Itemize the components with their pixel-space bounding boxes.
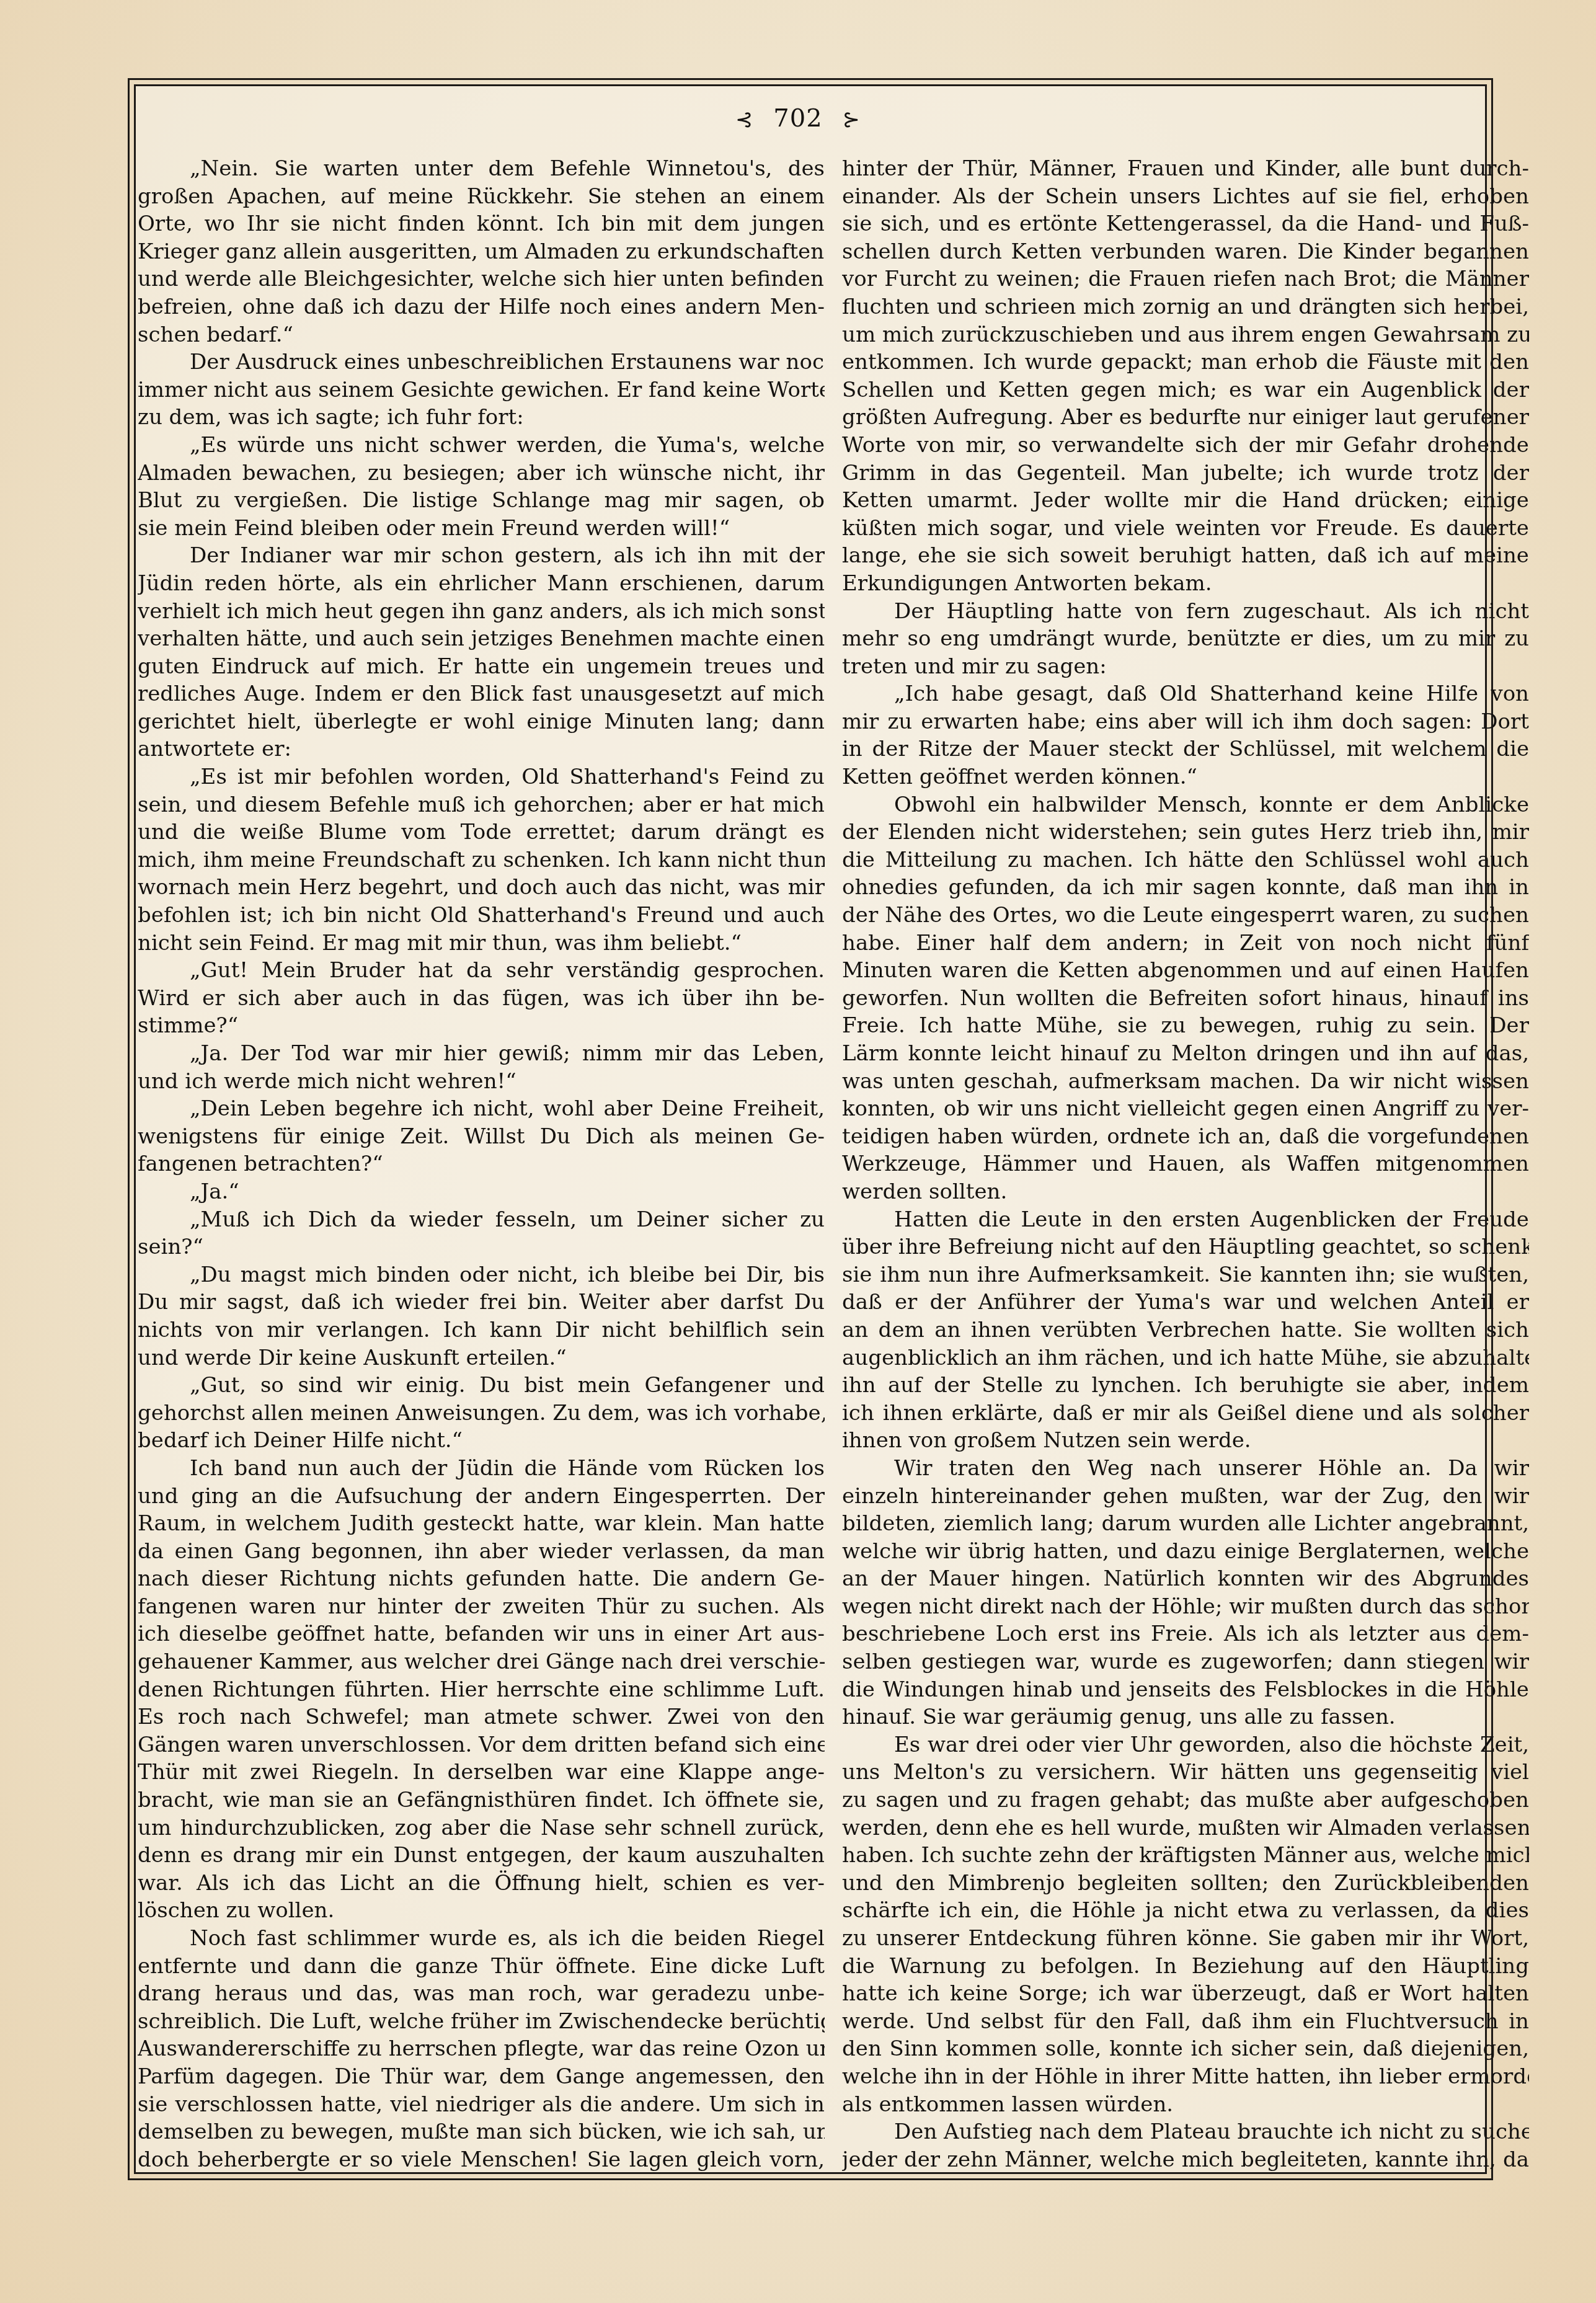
text-line: nichts von mir verlangen. Ich kann Dir n… bbox=[138, 1316, 825, 1344]
text-column-left: „Nein. Sie warten unter dem Befehle Winn… bbox=[138, 155, 825, 2173]
text-line: ihnen von großem Nutzen sein werde. bbox=[842, 1427, 1529, 1455]
text-line: guten Eindruck auf mich. Er hatte ein un… bbox=[138, 653, 825, 681]
text-line: werden sollten. bbox=[842, 1178, 1529, 1206]
text-line: denen Richtungen führten. Hier herrschte… bbox=[138, 1676, 825, 1704]
text-line: „Du magst mich binden oder nicht, ich bl… bbox=[138, 1261, 825, 1289]
text-line: Erkundigungen Antworten bekam. bbox=[842, 570, 1529, 598]
text-line: Blut zu vergießen. Die listige Schlange … bbox=[138, 487, 825, 515]
text-line: Almaden bewachen, zu besiegen; aber ich … bbox=[138, 459, 825, 487]
text-line: drang heraus und das, was man roch, war … bbox=[138, 1980, 825, 2008]
text-line: mir zu erwarten habe; eins aber will ich… bbox=[842, 708, 1529, 736]
text-line: Krieger ganz allein ausgeritten, um Alma… bbox=[138, 238, 825, 266]
text-line: hinauf. Sie war geräumig genug, uns alle… bbox=[842, 1703, 1529, 1731]
text-line: beschriebene Loch erst ins Freie. Als ic… bbox=[842, 1620, 1529, 1648]
text-line: was unten geschah, aufmerksam machen. Da… bbox=[842, 1068, 1529, 1096]
text-line: und ich werde mich nicht wehren!“ bbox=[138, 1068, 825, 1096]
text-line: wornach mein Herz begehrt, und doch auch… bbox=[138, 874, 825, 902]
text-line: doch beherbergte er so viele Menschen! S… bbox=[138, 2146, 825, 2174]
text-line: werden, denn ehe es hell wurde, mußten w… bbox=[842, 1814, 1529, 1842]
text-line: ihn auf der Stelle zu lynchen. Ich beruh… bbox=[842, 1372, 1529, 1400]
text-line: treten und mir zu sagen: bbox=[842, 653, 1529, 681]
text-line: Grimm in das Gegenteil. Man jubelte; ich… bbox=[842, 459, 1529, 487]
text-line: zu unserer Entdeckung führen könne. Sie … bbox=[842, 1925, 1529, 1953]
text-line: Jüdin reden hörte, als ein ehrlicher Man… bbox=[138, 570, 825, 598]
text-line: Orte, wo Ihr sie nicht finden könnt. Ich… bbox=[138, 210, 825, 238]
text-line: denn es drang mir ein Dunst entgegen, de… bbox=[138, 1842, 825, 1870]
text-line: hinter der Thür, Männer, Frauen und Kind… bbox=[842, 155, 1529, 183]
text-line: schellen durch Ketten verbunden waren. D… bbox=[842, 238, 1529, 266]
text-line: Auswandererschiffe zu herrschen pflegte,… bbox=[138, 2035, 825, 2063]
page-number: 702 bbox=[773, 104, 822, 133]
text-line: verhielt ich mich heut gegen ihn ganz an… bbox=[138, 598, 825, 626]
text-line: Freie. Ich hatte Mühe, sie zu bewegen, r… bbox=[842, 1012, 1529, 1040]
text-line: Der Häuptling hatte von fern zugeschaut.… bbox=[842, 598, 1529, 626]
text-line: Es roch nach Schwefel; man atmete schwer… bbox=[138, 1703, 825, 1731]
text-line: Wird er sich aber auch in das fügen, was… bbox=[138, 985, 825, 1013]
text-line: „Es würde uns nicht schwer werden, die Y… bbox=[138, 432, 825, 459]
text-line: der Elenden nicht widerstehen; sein gute… bbox=[842, 819, 1529, 846]
text-line: und werde alle Bleichgesichter, welche s… bbox=[138, 265, 825, 293]
text-line: sie sich, und es ertönte Kettengerassel,… bbox=[842, 210, 1529, 238]
text-line: um mich zurückzuschieben und aus ihrem e… bbox=[842, 321, 1529, 349]
text-line: Lärm konnte leicht hinauf zu Melton drin… bbox=[842, 1040, 1529, 1068]
text-column-right: hinter der Thür, Männer, Frauen und Kind… bbox=[842, 155, 1529, 2173]
text-line: den Sinn kommen solle, konnte ich sicher… bbox=[842, 2035, 1529, 2063]
text-line: Schellen und Ketten gegen mich; es war e… bbox=[842, 376, 1529, 404]
text-line: haben. Ich suchte zehn der kräftigsten M… bbox=[842, 1842, 1529, 1870]
text-line: hatte ich keine Sorge; ich war überzeugt… bbox=[842, 1980, 1529, 2008]
text-line: zu dem, was ich sagte; ich fuhr fort: bbox=[138, 404, 825, 432]
text-line: gehauener Kammer, aus welcher drei Gänge… bbox=[138, 1648, 825, 1676]
text-line: Obwohl ein halbwilder Mensch, konnte er … bbox=[842, 791, 1529, 819]
text-line: großen Apachen, auf meine Rückkehr. Sie … bbox=[138, 183, 825, 211]
text-line: größten Aufregung. Aber es bedurfte nur … bbox=[842, 404, 1529, 432]
text-line: nicht sein Feind. Er mag mit mir thun, w… bbox=[138, 930, 825, 957]
text-line: Ich band nun auch der Jüdin die Hände vo… bbox=[138, 1455, 825, 1483]
text-line: der Nähe des Ortes, wo die Leute eingesp… bbox=[842, 902, 1529, 930]
text-line: bildeten, ziemlich lang; darum wurden al… bbox=[842, 1510, 1529, 1538]
text-line: lange, ehe sie sich soweit beruhigt hatt… bbox=[842, 542, 1529, 570]
text-line: sein, und diesem Befehle muß ich gehorch… bbox=[138, 791, 825, 819]
text-line: die Warnung zu befolgen. In Beziehung au… bbox=[842, 1953, 1529, 1981]
text-line: und ging an die Aufsuchung der andern Ei… bbox=[138, 1483, 825, 1511]
text-line: schen bedarf.“ bbox=[138, 321, 825, 349]
text-line: immer nicht aus seinem Gesichte gewichen… bbox=[138, 376, 825, 404]
text-line: fangenen waren nur hinter der zweiten Th… bbox=[138, 1593, 825, 1621]
text-line: schreiblich. Die Luft, welche früher im … bbox=[138, 2008, 825, 2036]
text-line: die Mitteilung zu machen. Ich hätte den … bbox=[842, 846, 1529, 874]
text-line: da einen Gang begonnen, ihn aber wieder … bbox=[138, 1538, 825, 1566]
page-header: ⊰ 702 ⊱ bbox=[0, 104, 1596, 133]
text-line: Thür mit zwei Riegeln. In derselben war … bbox=[138, 1759, 825, 1786]
text-line: zu sagen und zu fragen gehabt; das mußte… bbox=[842, 1786, 1529, 1814]
text-line: „Gut! Mein Bruder hat da sehr verständig… bbox=[138, 957, 825, 985]
text-line: an der Mauer hingen. Natürlich konnten w… bbox=[842, 1565, 1529, 1593]
text-line: fluchten und schrieen mich zornig an und… bbox=[842, 293, 1529, 321]
text-line: gerichtet hielt, überlegte er wohl einig… bbox=[138, 708, 825, 736]
text-line: welche wir übrig hatten, und dazu einige… bbox=[842, 1538, 1529, 1566]
text-line: „Ja. Der Tod war mir hier gewiß; nimm mi… bbox=[138, 1040, 825, 1068]
text-line: antwortete er: bbox=[138, 735, 825, 763]
text-line: ich ihnen erklärte, daß er mir als Geiße… bbox=[842, 1400, 1529, 1427]
ornament-right-icon: ⊱ bbox=[842, 107, 861, 132]
text-line: Werkzeuge, Hämmer und Hauen, als Waffen … bbox=[842, 1150, 1529, 1178]
text-line: als entkommen lassen würden. bbox=[842, 2091, 1529, 2119]
text-line: Hatten die Leute in den ersten Augenblic… bbox=[842, 1206, 1529, 1234]
text-line: entkommen. Ich wurde gepackt; man erhob … bbox=[842, 348, 1529, 376]
text-line: über ihre Befreiung nicht auf den Häuptl… bbox=[842, 1233, 1529, 1261]
text-line: werde. Und selbst für den Fall, daß ihm … bbox=[842, 2008, 1529, 2036]
text-line: uns Melton's zu versichern. Wir hätten u… bbox=[842, 1759, 1529, 1786]
text-line: daß er der Anführer der Yuma's war und w… bbox=[842, 1289, 1529, 1316]
text-line: entfernte und dann die ganze Thür öffnet… bbox=[138, 1953, 825, 1981]
text-line: in der Ritze der Mauer steckt der Schlüs… bbox=[842, 735, 1529, 763]
text-line: an dem an ihnen verübten Verbrechen hatt… bbox=[842, 1316, 1529, 1344]
text-line: Ketten geöffnet werden können.“ bbox=[842, 763, 1529, 791]
text-line: Es war drei oder vier Uhr geworden, also… bbox=[842, 1731, 1529, 1759]
text-line: Raum, in welchem Judith gesteckt hatte, … bbox=[138, 1510, 825, 1538]
text-line: „Es ist mir befohlen worden, Old Shatter… bbox=[138, 763, 825, 791]
text-line: Worte von mir, so verwandelte sich der m… bbox=[842, 432, 1529, 459]
text-line: „Gut, so sind wir einig. Du bist mein Ge… bbox=[138, 1372, 825, 1400]
text-line: fangenen betrachten?“ bbox=[138, 1150, 825, 1178]
text-line: die Windungen hinab und jenseits des Fel… bbox=[842, 1676, 1529, 1704]
text-line: vor Furcht zu weinen; die Frauen riefen … bbox=[842, 265, 1529, 293]
text-line: sie ihm nun ihre Aufmerksamkeit. Sie kan… bbox=[842, 1261, 1529, 1289]
text-line: „Ich habe gesagt, daß Old Shatterhand ke… bbox=[842, 680, 1529, 708]
text-line: Der Indianer war mir schon gestern, als … bbox=[138, 542, 825, 570]
text-line: Ketten umarmt. Jeder wollte mir die Hand… bbox=[842, 487, 1529, 515]
text-line: selben gestiegen war, wurde es zugeworfe… bbox=[842, 1648, 1529, 1676]
text-line: mehr so eng umdrängt wurde, benützte er … bbox=[842, 625, 1529, 653]
text-line: teidigen haben würden, ordnete ich an, d… bbox=[842, 1123, 1529, 1151]
text-line: wenigstens für einige Zeit. Willst Du Di… bbox=[138, 1123, 825, 1151]
text-line: gehorchst allen meinen Anweisungen. Zu d… bbox=[138, 1400, 825, 1427]
text-line: bedarf ich Deiner Hilfe nicht.“ bbox=[138, 1427, 825, 1455]
text-line: demselben zu bewegen, mußte man sich büc… bbox=[138, 2118, 825, 2146]
text-line: schärfte ich ein, die Höhle ja nicht etw… bbox=[842, 1897, 1529, 1925]
text-line: löschen zu wollen. bbox=[138, 1897, 825, 1925]
text-line: bracht, wie man sie an Gefängnisthüren f… bbox=[138, 1786, 825, 1814]
text-line: Noch fast schlimmer wurde es, als ich di… bbox=[138, 1925, 825, 1953]
text-line: „Nein. Sie warten unter dem Befehle Winn… bbox=[138, 155, 825, 183]
text-line: Der Ausdruck eines unbeschreiblichen Ers… bbox=[138, 348, 825, 376]
text-line: „Ja.“ bbox=[138, 1178, 825, 1206]
text-line: stimme?“ bbox=[138, 1012, 825, 1040]
text-line: augenblicklich an ihm rächen, und ich ha… bbox=[842, 1344, 1529, 1372]
text-line: jeder der zehn Männer, welche mich begle… bbox=[842, 2146, 1529, 2174]
text-line: Minuten waren die Ketten abgenommen und … bbox=[842, 957, 1529, 985]
text-line: einzeln hintereinander gehen mußten, war… bbox=[842, 1483, 1529, 1511]
text-line: ohnedies gefunden, da ich mir sagen konn… bbox=[842, 874, 1529, 902]
text-line: Gängen waren unverschlossen. Vor dem dri… bbox=[138, 1731, 825, 1759]
text-line: einander. Als der Schein unsers Lichtes … bbox=[842, 183, 1529, 211]
text-line: habe. Einer half dem andern; in Zeit von… bbox=[842, 930, 1529, 957]
text-line: war. Als ich das Licht an die Öffnung hi… bbox=[138, 1870, 825, 1897]
text-line: redliches Auge. Indem er den Blick fast … bbox=[138, 680, 825, 708]
text-line: Wir traten den Weg nach unserer Höhle an… bbox=[842, 1455, 1529, 1483]
text-line: und den Mimbrenjo begleiten sollten; den… bbox=[842, 1870, 1529, 1897]
text-line: um hindurchzublicken, zog aber die Nase … bbox=[138, 1814, 825, 1842]
text-line: befohlen ist; ich bin nicht Old Shatterh… bbox=[138, 902, 825, 930]
text-line: nach dieser Richtung nichts gefunden hat… bbox=[138, 1565, 825, 1593]
text-line: ich dieselbe geöffnet hatte, befanden wi… bbox=[138, 1620, 825, 1648]
text-line: welche ihn in der Höhle in ihrer Mitte h… bbox=[842, 2063, 1529, 2091]
text-line: geworfen. Nun wollten die Befreiten sofo… bbox=[842, 985, 1529, 1013]
text-line: Den Aufstieg nach dem Plateau brauchte i… bbox=[842, 2118, 1529, 2146]
text-line: verhalten hätte, und auch sein jetziges … bbox=[138, 625, 825, 653]
text-line: und die weiße Blume vom Tode errettet; d… bbox=[138, 819, 825, 846]
text-line: „Muß ich Dich da wieder fesseln, um Dein… bbox=[138, 1206, 825, 1234]
text-line: „Dein Leben begehre ich nicht, wohl aber… bbox=[138, 1095, 825, 1123]
text-line: und werde Dir keine Auskunft erteilen.“ bbox=[138, 1344, 825, 1372]
text-line: wegen nicht direkt nach der Höhle; wir m… bbox=[842, 1593, 1529, 1621]
ornament-left-icon: ⊰ bbox=[735, 107, 754, 132]
text-line: sie verschlossen hatte, viel niedriger a… bbox=[138, 2091, 825, 2119]
text-line: Parfüm dagegen. Die Thür war, dem Gange … bbox=[138, 2063, 825, 2091]
text-line: küßten mich sogar, und viele weinten vor… bbox=[842, 515, 1529, 543]
text-line: befreien, ohne daß ich dazu der Hilfe no… bbox=[138, 293, 825, 321]
text-line: mich, ihm meine Freundschaft zu schenken… bbox=[138, 846, 825, 874]
text-line: konnten, ob wir uns nicht vielleicht geg… bbox=[842, 1095, 1529, 1123]
text-line: sein?“ bbox=[138, 1233, 825, 1261]
text-line: sie mein Feind bleiben oder mein Freund … bbox=[138, 515, 825, 543]
text-line: Du mir sagst, daß ich wieder frei bin. W… bbox=[138, 1289, 825, 1316]
